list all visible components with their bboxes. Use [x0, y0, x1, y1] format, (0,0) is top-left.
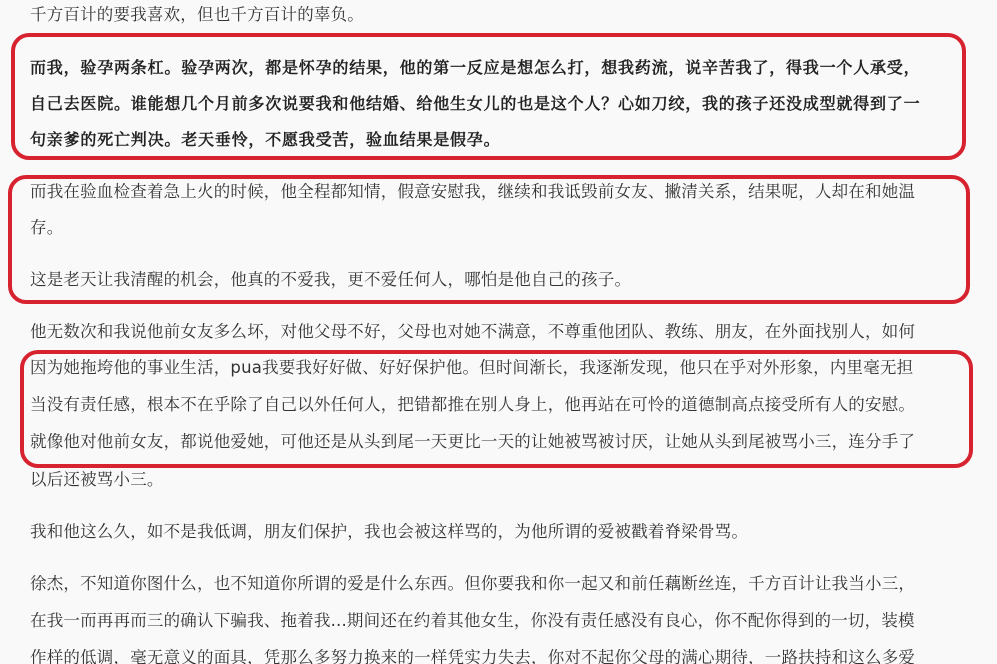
paragraph-line: 存。 [30, 218, 63, 238]
paragraph-line-bold: 句亲爹的死亡判决。老天垂怜，不愿我受苦，验血结果是假孕。 [30, 130, 500, 150]
paragraph-line: 作样的低调，毫无意义的面具，凭那么多努力换来的一样凭实力失去，你对不起你父母的满… [30, 648, 915, 664]
paragraph-line: 这是老天让我清醒的机会，他真的不爱我，更不爱任何人，哪怕是他自己的孩子。 [30, 270, 631, 290]
paragraph-line: 因为她拖垮他的事业生活，pua我要我好好做、好好保护他。但时间渐长，我逐渐发现，… [30, 358, 913, 378]
paragraph-line: 我和他这么久，如不是我低调，朋友们保护，我也会被这样骂的，为他所谓的爱被戳着脊梁… [30, 522, 748, 542]
paragraph-line: 在我一而再再而三的确认下骗我、拖着我...期间还在约着其他女生，你没有责任感没有… [30, 611, 915, 631]
paragraph-line-bold: 而我，验孕两条杠。验孕两次，都是怀孕的结果，他的第一反应是想怎么打，想我药流，说… [30, 58, 920, 78]
paragraph-line: 而我在验血检查着急上火的时候，他全程都知情，假意安慰我，继续和我诋毁前女友、撇清… [30, 182, 915, 202]
paragraph-line: 就像他对他前女友，都说他爱她，可他还是从头到尾一天更比一天的让她被骂被讨厌，让她… [30, 432, 915, 452]
paragraph-line: 徐杰，不知道你图什么，也不知道你所谓的爱是什么东西。但你要我和你一起又和前任藕断… [30, 574, 915, 594]
paragraph-line-bold: 自己去医院。谁能想几个月前多次说要我和他结婚、给他生女儿的也是这个人？心如刀绞，… [30, 94, 920, 114]
paragraph-line: 千方百计的要我喜欢，但也千方百计的辜负。 [30, 5, 364, 25]
paragraph-line: 当没有责任感，根本不在乎除了自己以外任何人，把错都推在别人身上，他再站在可怜的道… [30, 395, 915, 415]
paragraph-line: 以后还被骂小三。 [30, 470, 164, 490]
paragraph-line: 他无数次和我说他前女友多么坏，对他父母不好，父母也对她不满意，不尊重他团队、教练… [30, 322, 915, 342]
